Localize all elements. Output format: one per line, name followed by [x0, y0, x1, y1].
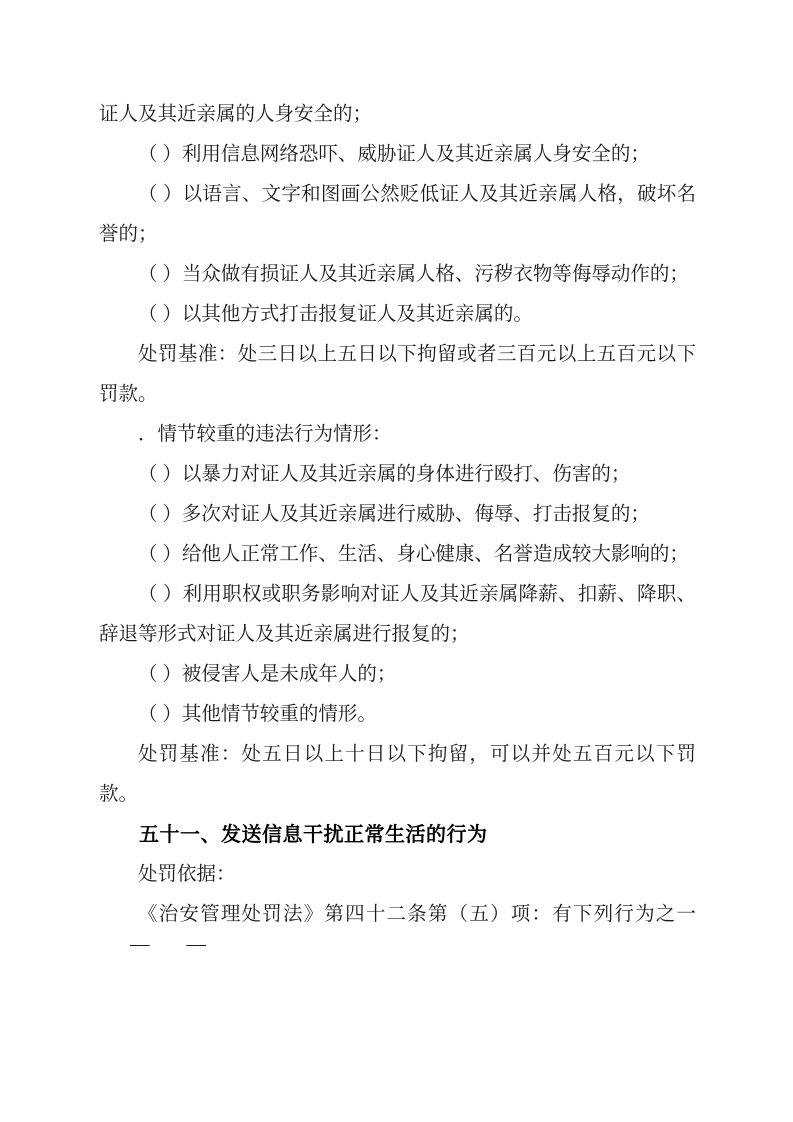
page-footer: — —	[99, 935, 696, 955]
document-body: 证人及其近亲属的人身安全的； （ ）利用信息网络恐吓、威胁证人及其近亲属人身安全…	[99, 95, 696, 955]
violation-item: （ ）其他情节较重的情形。	[99, 695, 696, 735]
severity-clause-intro: ．情节较重的违法行为情形：	[99, 415, 696, 455]
violation-item: （ ）被侵害人是未成年人的；	[99, 655, 696, 695]
penalty-basis: 处罚基准：处五日以上十日以下拘留，可以并处五百元以下罚款。	[99, 735, 696, 815]
violation-item: （ ）利用信息网络恐吓、威胁证人及其近亲属人身安全的；	[99, 135, 696, 175]
violation-item: （ ）以语言、文字和图画公然贬低证人及其近亲属人格，破坏名誉的；	[99, 175, 696, 255]
penalty-source-label: 处罚依据：	[99, 855, 696, 895]
violation-item: （ ）以暴力对证人及其近亲属的身体进行殴打、伤害的；	[99, 455, 696, 495]
footer-dash-left: —	[130, 935, 150, 955]
penalty-basis: 处罚基准：处三日以上五日以下拘留或者三百元以上五百元以下罚款。	[99, 335, 696, 415]
violation-item: （ ）利用职权或职务影响对证人及其近亲属降薪、扣薪、降职、辞退等形式对证人及其近…	[99, 575, 696, 655]
law-citation: 《治安管理处罚法》第四十二条第（五）项：有下列行为之一	[99, 895, 696, 935]
violation-item: （ ）多次对证人及其近亲属进行威胁、侮辱、打击报复的；	[99, 495, 696, 535]
document-page: 证人及其近亲属的人身安全的； （ ）利用信息网络恐吓、威胁证人及其近亲属人身安全…	[0, 0, 793, 1122]
violation-item: （ ）以其他方式打击报复证人及其近亲属的。	[99, 295, 696, 335]
violation-item: （ ）当众做有损证人及其近亲属人格、污秽衣物等侮辱动作的；	[99, 255, 696, 295]
section-51-heading: 五十一、发送信息干扰正常生活的行为	[99, 815, 696, 855]
footer-dash-right: —	[187, 935, 207, 955]
body-line-continuation: 证人及其近亲属的人身安全的；	[99, 95, 696, 135]
violation-item: （ ）给他人正常工作、生活、身心健康、名誉造成较大影响的；	[99, 535, 696, 575]
